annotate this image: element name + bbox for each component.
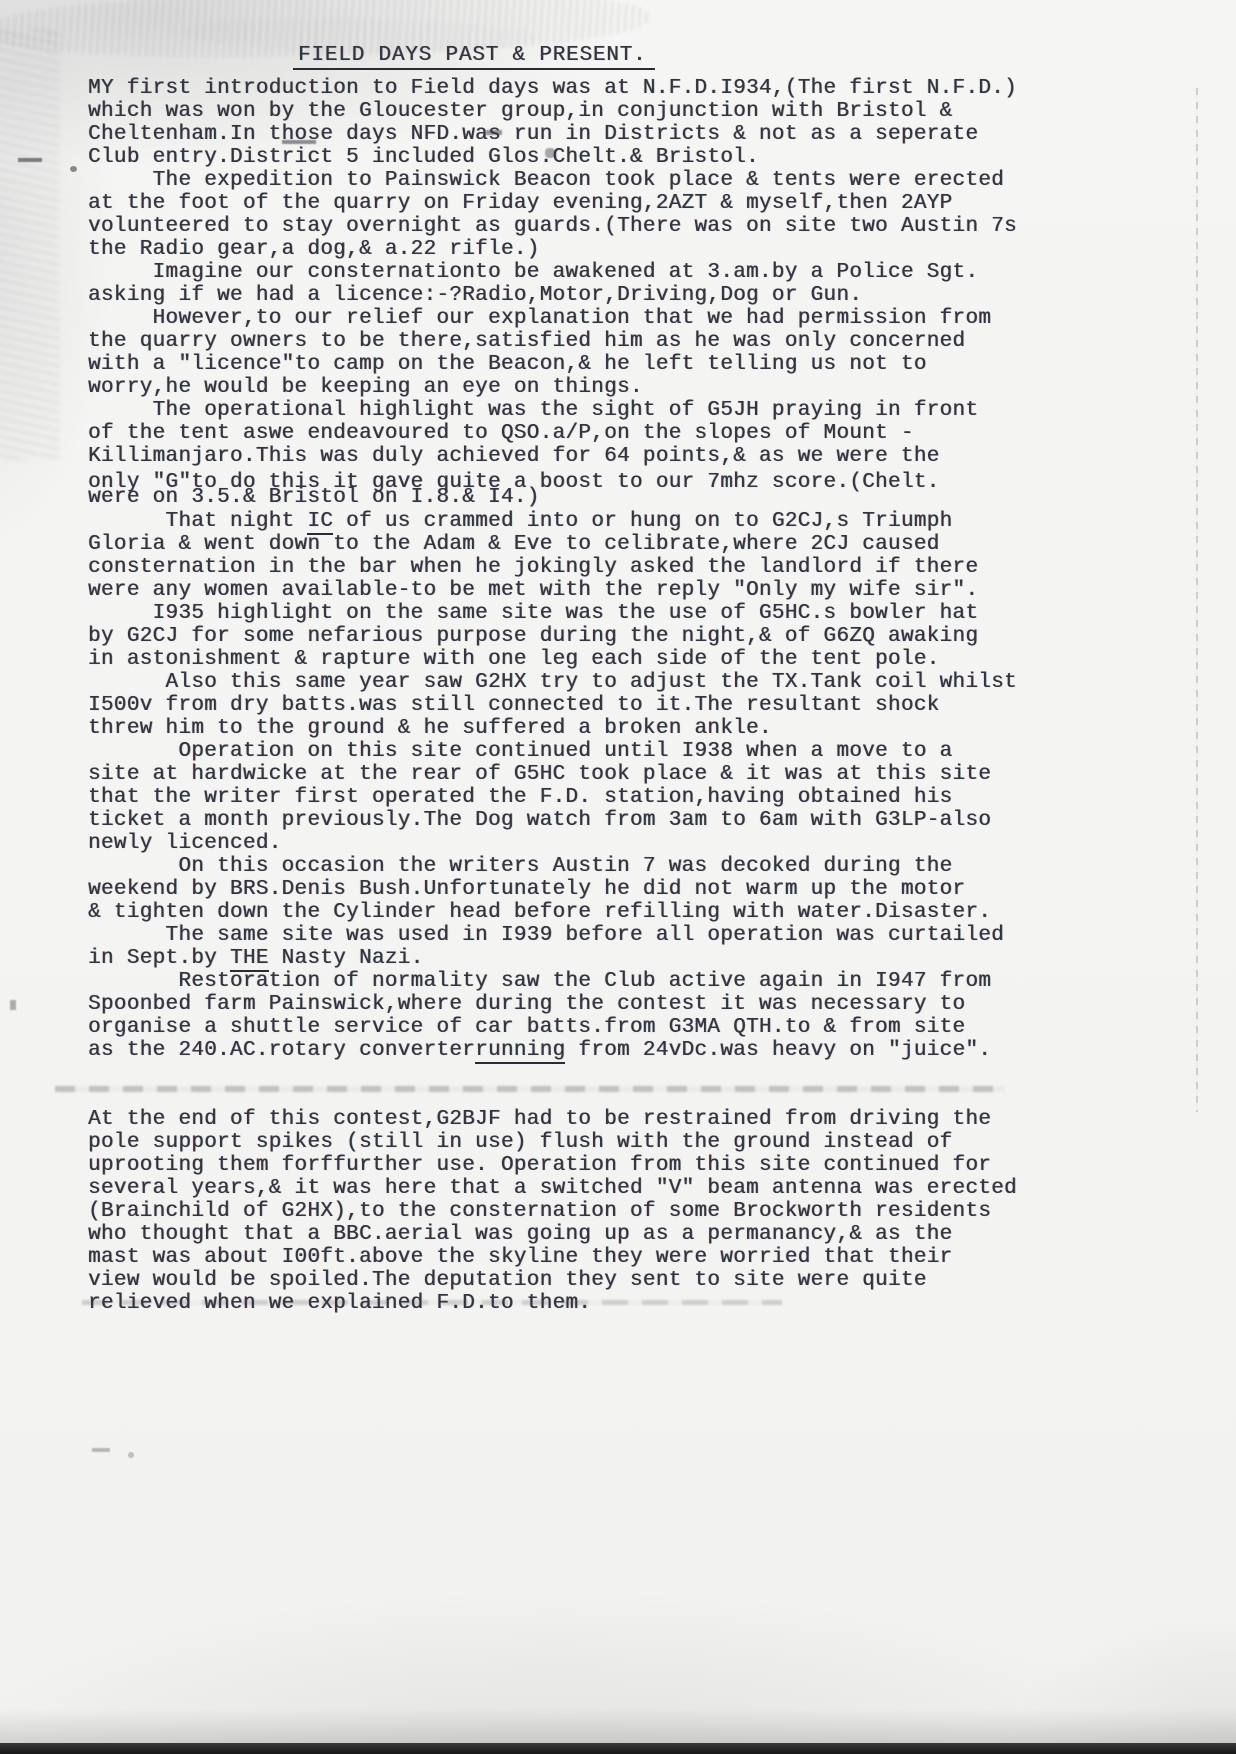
text-segment: Nasty Nazi.: [269, 947, 424, 970]
text-line: threw him to the ground & he suffered a …: [88, 717, 1168, 740]
text-line: Spoonbed farm Painswick,where during the…: [88, 993, 1168, 1016]
text-line: with a "licence"to camp on the Beacon,& …: [88, 353, 1168, 376]
page-title: FIELD DAYS PAST & PRESENT.: [293, 44, 655, 70]
text-line: pole support spikes (still in use) flush…: [88, 1131, 1168, 1154]
text-line: site at hardwicke at the rear of G5HC to…: [88, 763, 1168, 786]
text-line: & tighten down the Cylinder head before …: [88, 901, 1168, 924]
paragraph: MY first introduction to Field days was …: [88, 77, 1168, 169]
text-line: Cheltenham.In those days NFD.was run in …: [88, 123, 1168, 146]
paragraph: That night IC of us crammed into or hung…: [88, 510, 1168, 602]
text-line: Club entry.District 5 included Glos.Chel…: [88, 146, 1168, 169]
paragraph: On this occasion the writers Austin 7 wa…: [88, 855, 1168, 924]
text-line: Operation on this site continued until I…: [88, 740, 1168, 763]
text-line: were any women available-to be met with …: [88, 579, 1168, 602]
text-line: newly licenced.: [88, 832, 1168, 855]
text-line: asking if we had a licence:-?Radio,Motor…: [88, 284, 1168, 307]
paragraph: I935 highlight on the same site was the …: [88, 602, 1168, 671]
text-line: ticket a month previously.The Dog watch …: [88, 809, 1168, 832]
text-line: in astonishment & rapture with one leg e…: [88, 648, 1168, 671]
text-line: However,to our relief our explanation th…: [88, 307, 1168, 330]
scan-edge-line: [1196, 88, 1198, 1112]
paragraph: However,to our relief our explanation th…: [88, 307, 1168, 399]
text-line: several years,& it was here that a switc…: [88, 1177, 1168, 1200]
paragraph: The same site was used in I939 before al…: [88, 924, 1168, 970]
text-line: The operational highlight was the sight …: [88, 399, 1168, 422]
scan-mark: [92, 1448, 110, 1452]
text-line: That night IC of us crammed into or hung…: [88, 510, 1168, 533]
text-segment: from 24vDc.was heavy on "juice".: [565, 1039, 991, 1062]
text-line: uprooting them forffurther use. Operatio…: [88, 1154, 1168, 1177]
text-line: Restoration of normality saw the Club ac…: [88, 970, 1168, 993]
text-line: of the tent aswe endeavoured to QSO.a/P,…: [88, 422, 1168, 445]
underlined-text: running: [475, 1039, 565, 1064]
text-line: (Brainchild of G2HX),to the consternatio…: [88, 1200, 1168, 1223]
text-line: consternation in the bar when he jokingl…: [88, 556, 1168, 579]
text-line: who thought that a BBC.aerial was going …: [88, 1223, 1168, 1246]
page-bottom-edge: [0, 1743, 1236, 1754]
paragraph: The expedition to Painswick Beacon took …: [88, 169, 1168, 261]
text-line: Imagine our consternationto be awakened …: [88, 261, 1168, 284]
page-bottom-shadow: [0, 1709, 1236, 1743]
text-line: in Sept.by THE Nasty Nazi.: [88, 947, 1168, 970]
text-segment: of us crammed into or hung on to G2CJ,s …: [333, 510, 952, 533]
text-line: mast was about I00ft.above the skyline t…: [88, 1246, 1168, 1269]
text-line: MY first introduction to Field days was …: [88, 77, 1168, 100]
scan-mark: [10, 1000, 16, 1010]
text-line: On this occasion the writers Austin 7 wa…: [88, 855, 1168, 878]
scanned-page: FIELD DAYS PAST & PRESENT. MY first intr…: [0, 0, 1236, 1754]
underlined-text: IC: [307, 510, 333, 535]
text-line: The same site was used in I939 before al…: [88, 924, 1168, 947]
typewritten-text: FIELD DAYS PAST & PRESENT. MY first intr…: [88, 44, 1168, 1315]
text-line: the quarry owners to be there,satisfied …: [88, 330, 1168, 353]
text-line: volunteered to stay overnight as guards.…: [88, 215, 1168, 238]
text-line: weekend by BRS.Denis Bush.Unfortunately …: [88, 878, 1168, 901]
text-line: At the end of this contest,G2BJF had to …: [88, 1108, 1168, 1131]
paragraph: Imagine our consternationto be awakened …: [88, 261, 1168, 307]
paragraph: Also this same year saw G2HX try to adju…: [88, 671, 1168, 740]
paragraph: Operation on this site continued until I…: [88, 740, 1168, 855]
text-line: Gloria & went down to the Adam & Eve to …: [88, 533, 1168, 556]
scan-mark: [70, 166, 77, 172]
text-line: I935 highlight on the same site was the …: [88, 602, 1168, 625]
text-line: that the writer first operated the F.D. …: [88, 786, 1168, 809]
text-line: Killimanjaro.This was duly achieved for …: [88, 445, 1168, 468]
text-segment: as the 240.AC.rotary converter: [88, 1039, 475, 1062]
text-line: Also this same year saw G2HX try to adju…: [88, 671, 1168, 694]
text-segment: in Sept.by: [88, 947, 230, 970]
text-line: worry,he would be keeping an eye on thin…: [88, 376, 1168, 399]
document-body: MY first introduction to Field days was …: [88, 77, 1168, 1315]
text-line: I500v from dry batts.was still connected…: [88, 694, 1168, 717]
underlined-text: THE: [230, 947, 269, 972]
text-line: The expedition to Painswick Beacon took …: [88, 169, 1168, 192]
text-line: relieved when we explained F.D.to them.: [88, 1292, 1168, 1315]
text-line: which was won by the Gloucester group,in…: [88, 100, 1168, 123]
text-line: by G2CJ for some nefarious purpose durin…: [88, 625, 1168, 648]
text-segment: That night: [88, 510, 307, 533]
paragraph: At the end of this contest,G2BJF had to …: [88, 1108, 1168, 1315]
scan-mark: [128, 1452, 134, 1458]
text-line: organise a shuttle service of car batts.…: [88, 1016, 1168, 1039]
paragraph: The operational highlight was the sight …: [88, 399, 1168, 468]
text-line: at the foot of the quarry on Friday even…: [88, 192, 1168, 215]
text-line: view would be spoiled.The deputation the…: [88, 1269, 1168, 1292]
scan-mark: [18, 158, 42, 162]
paragraph: only "G"to do this it gave quite a boost…: [88, 475, 1168, 505]
scan-smudge: [0, 30, 60, 460]
text-line: the Radio gear,a dog,& a.22 rifle.): [88, 238, 1168, 261]
paragraph: Restoration of normality saw the Club ac…: [88, 970, 1168, 1062]
text-line: as the 240.AC.rotary converterrunning fr…: [88, 1039, 1168, 1062]
